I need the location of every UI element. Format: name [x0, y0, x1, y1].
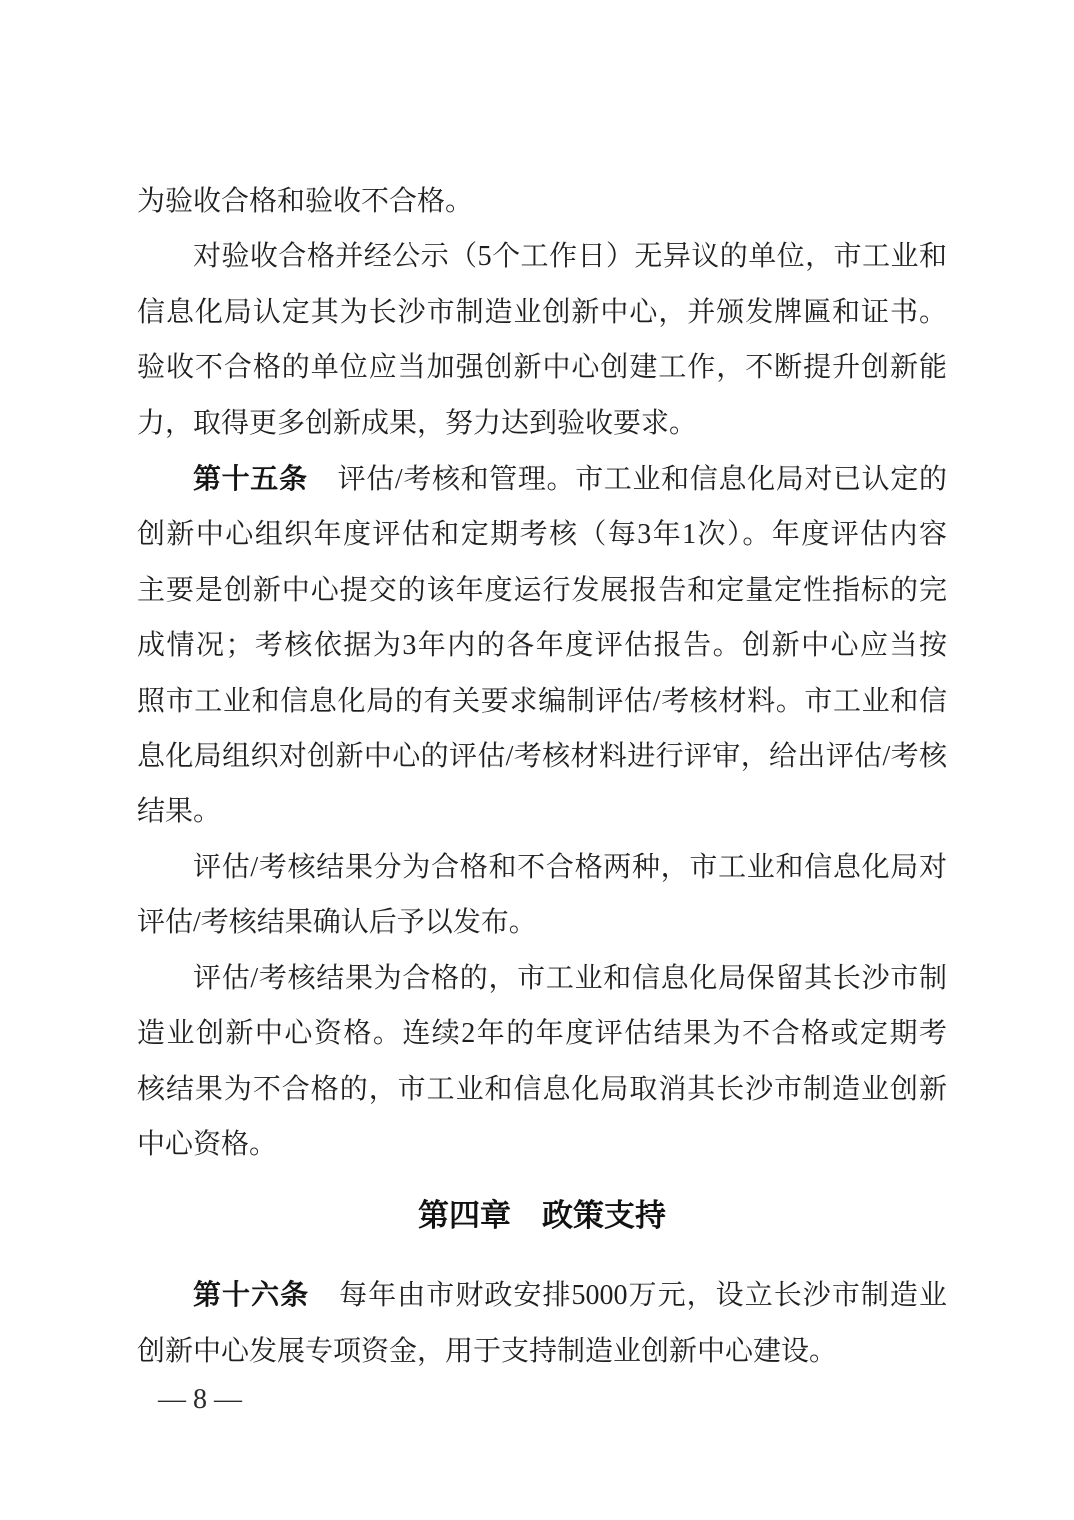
body-line: 中心资格。 [137, 1117, 947, 1172]
body-line: 造业创新中心资格。连续2年的年度评估结果为不合格或定期考 [137, 1006, 947, 1061]
body-line: 评估/考核结果为合格的，市工业和信息化局保留其长沙市制 [137, 951, 947, 1006]
article-text: 评估/考核和管理。市工业和信息化局对已认定的 [338, 464, 947, 495]
body-line: 验收不合格的单位应当加强创新中心创建工作，不断提升创新能 [137, 340, 947, 395]
body-line: 成情况；考核依据为3年内的各年度评估报告。创新中心应当按 [137, 618, 947, 673]
chapter-number: 第四章 [418, 1198, 511, 1233]
body-line: 第十五条评估/考核和管理。市工业和信息化局对已认定的 [137, 451, 947, 507]
body-line: 信息化局认定其为长沙市制造业创新中心，并颁发牌匾和证书。 [137, 285, 947, 340]
article-text: 每年由市财政安排5000万元，设立长沙市制造业 [339, 1280, 947, 1311]
chapter-title: 政策支持 [542, 1198, 666, 1233]
body-line: 对验收合格并经公示（5个工作日）无异议的单位，市工业和 [137, 229, 947, 284]
chapter-heading: 第四章政策支持 [137, 1188, 947, 1243]
body-line: 主要是创新中心提交的该年度运行发展报告和定量定性指标的完 [137, 563, 947, 618]
body-line: 评估/考核结果分为合格和不合格两种，市工业和信息化局对 [137, 840, 947, 895]
body-line: 息化局组织对创新中心的评估/考核材料进行评审，给出评估/考核 [137, 729, 947, 784]
body-line: 评估/考核结果确认后予以发布。 [137, 895, 947, 950]
body-line: 第十六条每年由市财政安排5000万元，设立长沙市制造业 [137, 1267, 947, 1323]
body-line: 力，取得更多创新成果，努力达到验收要求。 [137, 396, 947, 451]
body-line: 为验收合格和验收不合格。 [137, 174, 947, 229]
page-number: — 8 — [158, 1372, 242, 1427]
body-line: 创新中心组织年度评估和定期考核（每3年1次）。年度评估内容 [137, 507, 947, 562]
document-page: 为验收合格和验收不合格。 对验收合格并经公示（5个工作日）无异议的单位，市工业和… [0, 0, 1074, 1520]
document-body: 为验收合格和验收不合格。 对验收合格并经公示（5个工作日）无异议的单位，市工业和… [137, 174, 947, 1379]
body-line: 结果。 [137, 784, 947, 839]
body-line: 核结果为不合格的，市工业和信息化局取消其长沙市制造业创新 [137, 1062, 947, 1117]
article-number: 第十五条 [193, 463, 308, 494]
article-number: 第十六条 [193, 1279, 309, 1310]
body-line: 创新中心发展专项资金，用于支持制造业创新中心建设。 [137, 1324, 947, 1379]
body-line: 照市工业和信息化局的有关要求编制评估/考核材料。市工业和信 [137, 674, 947, 729]
